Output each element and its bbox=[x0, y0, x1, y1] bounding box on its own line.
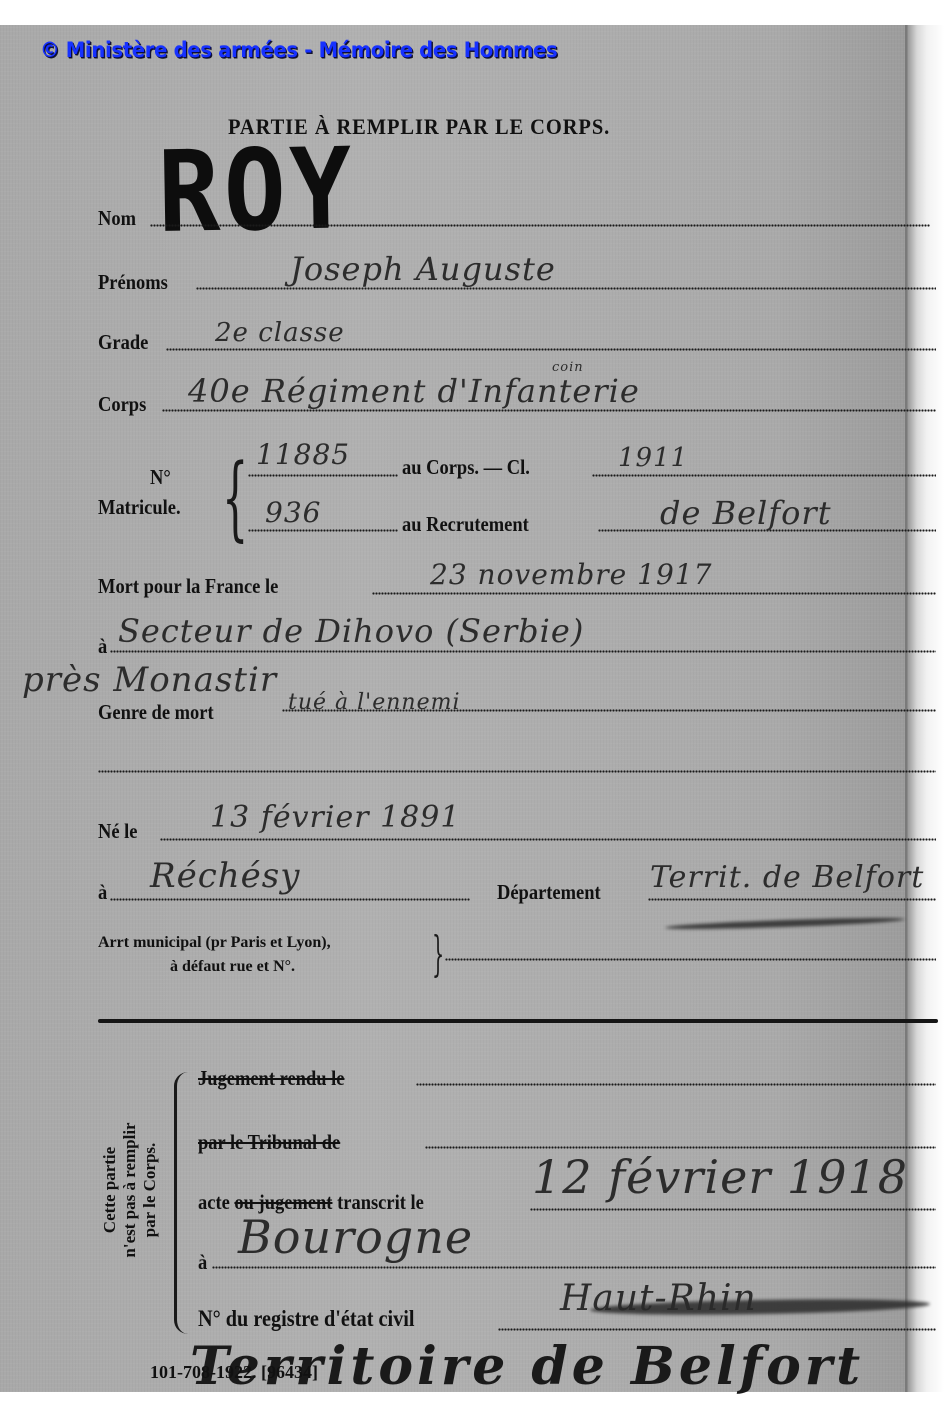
field-line-grade bbox=[166, 348, 936, 351]
field-line-lieu-transcription bbox=[212, 1266, 936, 1269]
field-line-transcription bbox=[530, 1208, 936, 1211]
label-lieu-transcription: à bbox=[198, 1250, 207, 1275]
matricule-brace: { bbox=[222, 452, 248, 544]
label-naissance: Né le bbox=[98, 819, 138, 844]
value-matricule-corps: 11885 bbox=[256, 438, 350, 471]
section-separator bbox=[98, 1019, 938, 1023]
arrondissement-brace: } bbox=[432, 930, 444, 978]
label-au-corps-classe: au Corps. — Cl. bbox=[402, 455, 530, 480]
copyright-watermark: © Ministère des armées - Mémoire des Hom… bbox=[40, 38, 557, 62]
label-corps: Corps bbox=[98, 392, 146, 417]
field-line-lieu-mort bbox=[110, 650, 936, 653]
value-lieu-naissance: Réchésy bbox=[150, 856, 300, 896]
label-genre-mort: Genre de mort bbox=[98, 700, 214, 725]
field-line-classe bbox=[592, 474, 936, 477]
value-recrutement-place: de Belfort bbox=[660, 494, 832, 532]
side-note-line-2: n'est pas à remplir bbox=[120, 1100, 140, 1280]
label-jugement: Jugement rendu le bbox=[198, 1066, 344, 1091]
value-matricule-recrutement: 936 bbox=[265, 496, 321, 529]
field-line-lieu-naissance bbox=[110, 898, 470, 901]
field-line-registre bbox=[498, 1328, 936, 1331]
side-note: Cette partie n'est pas à remplir par le … bbox=[100, 1100, 160, 1280]
field-line-departement bbox=[648, 898, 936, 901]
tribunal-struck-text: par le Tribunal de bbox=[198, 1130, 340, 1154]
value-classe: 1911 bbox=[618, 443, 688, 473]
side-note-line-3: par le Corps. bbox=[140, 1100, 160, 1280]
field-line-nom bbox=[150, 224, 930, 227]
label-prenoms: Prénoms bbox=[98, 270, 168, 295]
label-arrondissement-2: à défaut rue et N°. bbox=[170, 958, 295, 976]
value-corps: 40e Régiment d'Infanterie bbox=[188, 372, 640, 410]
transcription-acte: acte bbox=[198, 1190, 230, 1214]
label-lieu-mort: à bbox=[98, 634, 107, 659]
field-line-naissance bbox=[160, 838, 936, 841]
value-lieu-transcription: Bourogne bbox=[238, 1210, 473, 1264]
side-note-line-1: Cette partie bbox=[100, 1100, 120, 1280]
name-stamp: ROY bbox=[157, 124, 356, 258]
lower-section-brace bbox=[174, 1072, 191, 1334]
corps-correction: coin bbox=[552, 360, 584, 375]
label-no: N° bbox=[150, 465, 171, 490]
value-grade: 2e classe bbox=[215, 318, 345, 348]
label-grade: Grade bbox=[98, 330, 148, 355]
label-mort: Mort pour la France le bbox=[98, 574, 278, 599]
value-lieu-mort: Secteur de Dihovo (Serbie) bbox=[118, 612, 584, 650]
label-tribunal: par le Tribunal de bbox=[198, 1130, 340, 1155]
value-transcription: 12 février 1918 bbox=[532, 1150, 908, 1204]
print-code: 101-708-1922. [96434] bbox=[150, 1362, 318, 1383]
label-departement: Département bbox=[497, 880, 601, 905]
label-nom: Nom bbox=[98, 206, 136, 231]
field-line-tribunal bbox=[425, 1146, 936, 1149]
label-lieu-naissance: à bbox=[98, 880, 107, 905]
field-line-arrondissement bbox=[445, 958, 936, 961]
field-line-genre-mort-2 bbox=[98, 770, 936, 773]
value-departement: Territ. de Belfort bbox=[650, 860, 924, 895]
value-genre-mort: tué à l'ennemi bbox=[288, 690, 461, 715]
field-line-mort bbox=[372, 592, 936, 595]
value-prenoms: Joseph Auguste bbox=[290, 250, 556, 288]
label-arrondissement-1: Arrt municipal (pr Paris et Lyon), bbox=[98, 934, 331, 952]
field-line-matricule-recrutement bbox=[248, 529, 398, 532]
field-line-jugement bbox=[416, 1083, 936, 1086]
value-naissance: 13 février 1891 bbox=[210, 800, 460, 835]
label-matricule: Matricule. bbox=[98, 495, 181, 520]
field-line-matricule-corps bbox=[248, 474, 398, 477]
label-au-recrutement: au Recrutement bbox=[402, 512, 529, 537]
value-mort: 23 novembre 1917 bbox=[430, 558, 712, 591]
jugement-struck-text: Jugement rendu le bbox=[198, 1066, 344, 1090]
label-registre: N° du registre d'état civil bbox=[198, 1306, 414, 1332]
annotation-lieu-mort: près Monastir bbox=[22, 660, 277, 700]
